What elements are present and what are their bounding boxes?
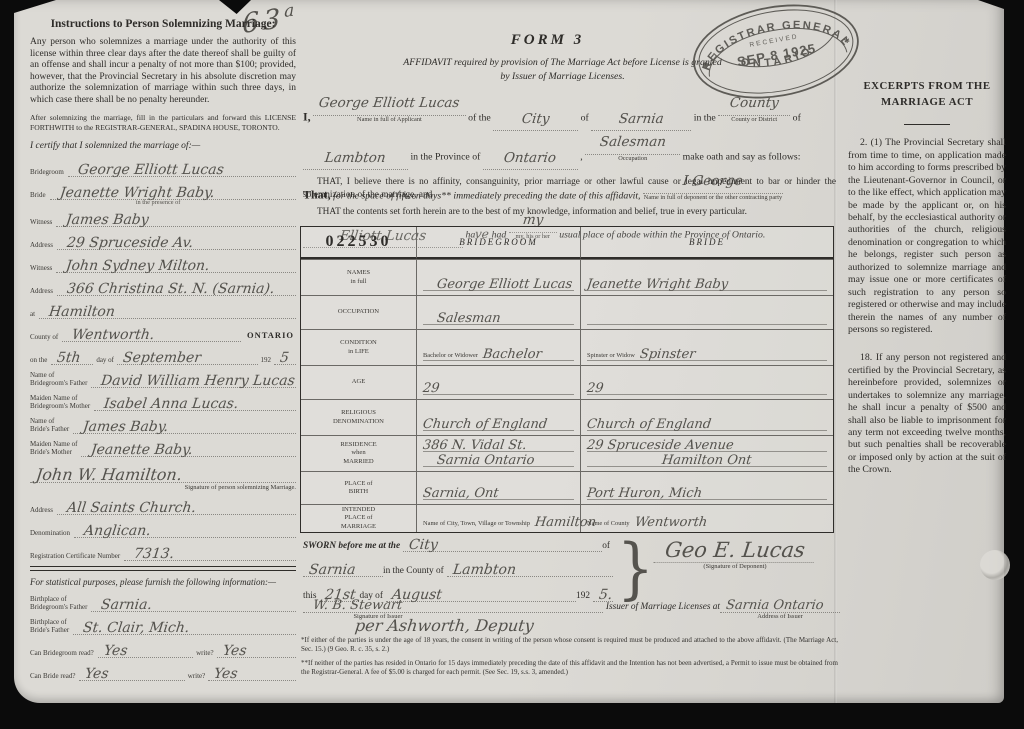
field-label: Address (30, 242, 57, 251)
printed-caption: Name of County (587, 520, 630, 528)
clause-2: THAT, I believe there is no affinity, co… (303, 176, 836, 201)
handwritten-value: 29 (586, 382, 604, 395)
applicant-caption: Name in full of Applicant (313, 117, 466, 123)
field-label: Bride (30, 192, 50, 201)
printed-caption: Name of City, Town, Village or Township (423, 520, 530, 528)
field-address-2: Address 366 Christina St. N. (Sarnia). (30, 278, 296, 296)
handwritten-value: St. Clair, Mich. (82, 621, 190, 635)
handwritten-signature: John W. Hamilton. (35, 467, 183, 483)
deponent-signature: Geo E. Lucas (Signature of Deponent) (645, 540, 825, 570)
excerpts-title: EXCERPTS FROM THE MARRIAGE ACT (848, 78, 1006, 110)
handwritten-value: Sarnia Ontario (436, 454, 535, 467)
sworn-text: of (602, 541, 613, 552)
handwritten-province: Ontario (503, 152, 557, 166)
handwritten-value: Spinster (639, 348, 696, 361)
handwritten-value: John Sydney Milton. (65, 259, 210, 273)
column-bridegroom: BRIDEGROOM (417, 227, 581, 259)
handwritten-value: Salesman (436, 312, 501, 325)
handwritten-value: Jeanette Wright Baby. (59, 186, 215, 200)
field-bridegroom: Bridegroom George Elliott Lucas (30, 159, 296, 177)
oath-text: of the (468, 113, 491, 124)
cell-bride-residence: 29 Spruceside Avenue Hamilton Ont (581, 435, 833, 471)
excerpts-title-line2: MARRIAGE ACT (848, 94, 1006, 110)
excerpts-column: EXCERPTS FROM THE MARRIAGE ACT 2. (1) Th… (848, 0, 1006, 477)
cell-groom-occupation: Salesman (417, 295, 581, 329)
handwritten-place-type: City (521, 113, 550, 127)
handwritten-place: Sarnia (618, 113, 664, 127)
oath-i: I, (303, 110, 311, 124)
province-label: ONTARIO (241, 330, 296, 342)
row-label-birthplace: PLACE of BIRTH (301, 471, 417, 504)
handwritten-day: 5th (56, 351, 81, 365)
handwritten-value: Yes (103, 644, 128, 658)
row-label-intended-place: INTENDED PLACE of MARRIAGE (301, 504, 417, 532)
cell-groom-age: 29 (417, 365, 581, 399)
handwritten-value: 29 (422, 382, 440, 395)
issuer-line: W. B. Stewart Signature of Issuer Issuer… (303, 596, 840, 613)
handwritten-value: Sarnia, Ont (422, 487, 499, 500)
footnote-1: *If either of the parties is under the a… (301, 636, 838, 654)
registrar-general-stamp: REGISTRAR GENERAL ONTARIO RECEIVED SEP 8… (683, 0, 869, 114)
handwritten-value: Yes (213, 667, 238, 681)
field-label: County of (30, 334, 62, 343)
field-county: County of Wentworth. ONTARIO (30, 324, 296, 342)
solemnizer-signature: John W. Hamilton. (30, 462, 296, 483)
solemnizer-signature-caption: Signature of person solemnizing Marriage… (30, 484, 296, 491)
handwritten-value: City (408, 538, 438, 552)
handwritten-value: James Baby (65, 213, 149, 227)
field-label: Maiden Name of Bride's Mother (30, 441, 81, 457)
cell-bride-denomination: Church of England (581, 399, 833, 435)
printed-caption: Spinster or Widow (587, 352, 635, 360)
handwritten-value: Wentworth. (71, 328, 155, 342)
field-address-1: Address 29 Spruceside Av. (30, 232, 296, 250)
field-groom-mother: Maiden Name of Bridegroom's Mother Isabe… (30, 393, 296, 411)
printed-caption: Bachelor or Widower (423, 352, 478, 360)
field-label: Witness (30, 265, 56, 274)
handwritten-value: Jeanette Baby. (91, 443, 194, 457)
handwritten-value: Wentworth (634, 516, 708, 529)
cell-bride-name: Jeanette Wright Baby (581, 259, 833, 295)
cell-groom-condition: Bachelor or WidowerBachelor (417, 329, 581, 365)
handwritten-value: 29 Spruceside Avenue (586, 439, 734, 452)
field-bride: Bride Jeanette Wright Baby. in the prese… (30, 182, 296, 200)
cell-bride-occupation (581, 295, 833, 329)
handwritten-value: Port Huron, Mich (586, 487, 703, 500)
handwritten-value: George Elliott Lucas (77, 163, 224, 177)
affidavit-column: FORM 3 AFFIDAVIT required by provision o… (295, 0, 840, 703)
cell-intended-county: Name of CountyWentworth (581, 504, 833, 532)
field-label: Name of Bridegroom's Father (30, 372, 91, 388)
sworn-text: SWORN before me at the (303, 541, 403, 552)
handwritten-month: September (122, 351, 202, 365)
field-registration-number: Registration Certificate Number 7313. (30, 543, 296, 561)
handwritten-value: 386 N. Vidal St. (422, 439, 527, 452)
certify-line: I certify that I solemnized the marriage… (30, 141, 296, 151)
row-label-residence: RESIDENCE when MARRIED (301, 435, 417, 471)
scanned-marriage-affidavit: 63a Instructions to Person Solemnizing M… (14, 0, 1004, 703)
handwritten-value: Anglican. (83, 524, 151, 538)
handwritten-value: Yes (222, 644, 247, 658)
deponent-signature-caption: (Signature of Deponent) (645, 563, 825, 570)
cell-groom-residence: 386 N. Vidal St. Sarnia Ontario (417, 435, 581, 471)
handwritten-value: 29 Spruceside Av. (66, 236, 194, 250)
instructions-body: Any person who solemnizes a marriage und… (30, 37, 296, 106)
marriage-table: 022530 BRIDEGROOM BRIDE NAMES in full Ge… (300, 226, 834, 533)
field-label: on the (30, 357, 51, 366)
presence-caption: in the presence of (136, 199, 181, 206)
cell-bride-condition: Spinster or WidowSpinster (581, 329, 833, 365)
field-label: Maiden Name of Bridegroom's Mother (30, 395, 94, 411)
field-label: Address (30, 507, 57, 516)
row-label-condition: CONDITION in LIFE (301, 329, 417, 365)
cell-groom-birthplace: Sarnia, Ont (417, 471, 581, 504)
field-label: Can Bride read? (30, 673, 79, 682)
row-label-occupation: OCCUPATION (301, 295, 417, 329)
handwritten-value: Sarnia (308, 563, 356, 577)
field-groom-father: Name of Bridegroom's Father David Willia… (30, 370, 296, 388)
field-church-address: Address All Saints Church. (30, 497, 296, 515)
field-groom-literacy: Can Bridegroom read? Yes write? Yes (30, 640, 296, 658)
handwritten-value: Jeanette Wright Baby (586, 278, 729, 291)
instructions-title: Instructions to Person Solemnizing Marri… (30, 18, 296, 30)
forward-note: After solemnizing the marriage, fill in … (30, 113, 296, 132)
cell-intended-city: Name of City, Town, Village or TownshipH… (417, 504, 581, 532)
field-groom-father-birthplace: Birthplace of Bridegroom's Father Sarnia… (30, 594, 296, 612)
serial-number: 022530 (301, 227, 417, 259)
column-bride: BRIDE (581, 227, 833, 259)
field-label: Bridegroom (30, 169, 68, 178)
paper-tear-top-left (14, 0, 56, 13)
issuer-address-caption: Address of Issuer (720, 613, 840, 620)
field-bride-literacy: Can Bride read? Yes write? Yes (30, 663, 296, 681)
handwritten-value: Hamilton (48, 305, 116, 319)
field-witness-1: Witness James Baby (30, 209, 296, 227)
field-label: Registration Certificate Number (30, 553, 124, 562)
footnote-2: **If neither of the parties has resided … (301, 659, 838, 677)
handwritten-value: Church of England (422, 418, 548, 431)
handwritten-value: Church of England (586, 418, 712, 431)
oath-text: of (581, 113, 589, 124)
oath-text: , (580, 152, 582, 163)
field-label: write? (185, 672, 209, 681)
deputy-note: per Ashworth, Deputy (355, 618, 534, 636)
handwritten-value: Isabel Anna Lucas. (103, 397, 239, 411)
field-bride-mother: Maiden Name of Bride's Mother Jeanette B… (30, 439, 296, 457)
handwritten-deputy-note: per Ashworth, Deputy (354, 618, 535, 634)
handwritten-applicant: George Elliott Lucas (318, 97, 460, 111)
field-label: at (30, 311, 39, 320)
section-divider (30, 566, 296, 571)
field-bride-father: Name of Bride's Father James Baby. (30, 416, 296, 434)
handwritten-value: James Baby. (82, 420, 169, 434)
field-label: Birthplace of Bride's Father (30, 619, 73, 635)
handwritten-occupation: Salesman (599, 136, 667, 150)
oath-text: make oath and say as follows: (683, 152, 801, 163)
field-label: Name of Bride's Father (30, 418, 73, 434)
field-bride-father-birthplace: Birthplace of Bride's Father St. Clair, … (30, 617, 296, 635)
cell-bride-age: 29 (581, 365, 833, 399)
handwritten-issuer-address: Sarnia Ontario (725, 599, 824, 612)
field-date: on the 5th day of September 192 5 (30, 347, 296, 365)
handwritten-value: Bachelor (482, 348, 542, 361)
row-label-age: AGE (301, 365, 417, 399)
cell-bride-birthplace: Port Huron, Mich (581, 471, 833, 504)
handwritten-value: Sarnia. (101, 598, 154, 612)
oath-paragraph: I, George Elliott LucasName in full of A… (303, 92, 836, 248)
oath-text: in the Province of (410, 152, 480, 163)
field-label: Birthplace of Bridegroom's Father (30, 596, 91, 612)
handwritten-value: Lambton (452, 563, 517, 577)
field-label: write? (193, 649, 217, 658)
excerpts-paragraph-2: 18. If any person not registered and cer… (848, 352, 1006, 476)
handwritten-value: Hamilton Ont (661, 454, 752, 467)
handwritten-value: George Elliott Lucas (436, 278, 573, 291)
handwritten-issuer-signature: W. B. Stewart (312, 599, 403, 612)
clause-3: THAT the contents set forth herein are t… (303, 206, 836, 219)
instructions-column: Instructions to Person Solemnizing Marri… (30, 14, 296, 686)
handwritten-value: Yes (85, 667, 110, 681)
field-witness-2: Witness John Sydney Milton. (30, 255, 296, 273)
handwritten-district: Lambton (324, 152, 386, 166)
handwritten-value: 7313. (133, 547, 175, 561)
excerpts-title-line1: EXCERPTS FROM THE (848, 78, 1006, 94)
field-label: day of (93, 356, 117, 365)
field-at: at Hamilton (30, 301, 296, 319)
handwritten-year: 5 (279, 351, 290, 365)
punch-notch (980, 550, 1010, 580)
sworn-text: in the County of (383, 566, 447, 577)
cell-groom-name: George Elliott Lucas (417, 259, 581, 295)
issuer-label: Issuer of Marriage Licenses at (606, 602, 720, 613)
excerpts-divider (904, 124, 950, 125)
field-label: Address (30, 288, 57, 297)
oath-text: of (793, 113, 801, 124)
row-label-denomination: RELIGIOUS DENOMINATION (301, 399, 417, 435)
handwritten-value: 366 Christina St. N. (Sarnia). (66, 282, 275, 296)
footnotes: *If either of the parties is under the a… (301, 636, 838, 682)
county-caption: County or District (718, 117, 790, 123)
field-label: Witness (30, 219, 56, 228)
field-label: Denomination (30, 530, 74, 539)
field-denomination: Denomination Anglican. (30, 520, 296, 538)
occupation-caption: Occupation (585, 156, 680, 162)
field-label: Can Bridegroom read? (30, 650, 98, 659)
statistics-intro: For statistical purposes, please furnish… (30, 577, 296, 587)
excerpts-paragraph-1: 2. (1) The Provincial Secretary shall fr… (848, 137, 1006, 336)
handwritten-signature: Geo E. Lucas (654, 540, 817, 563)
printed-year: 192 (258, 356, 275, 365)
handwritten-value: All Saints Church. (66, 501, 197, 515)
affidavit-clauses: THAT, I believe there is no affinity, co… (303, 176, 836, 224)
row-label-names: NAMES in full (301, 259, 417, 295)
cell-groom-denomination: Church of England (417, 399, 581, 435)
handwritten-value: David William Henry Lucas (101, 374, 296, 388)
oath-text: in the (694, 113, 716, 124)
